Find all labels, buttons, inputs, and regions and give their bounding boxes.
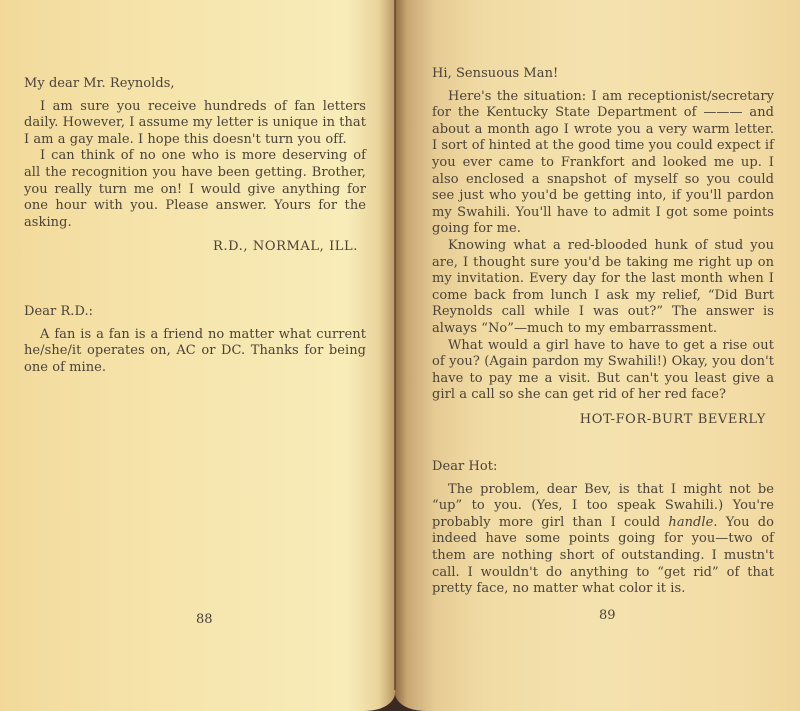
page-number-left: 88: [196, 612, 213, 627]
reply-to-rd: Dear R.D.: A fan is a fan is a friend no…: [24, 304, 366, 376]
reply-text-italic: handle: [668, 515, 713, 530]
book-spread: My dear Mr. Reynolds, I am sure you rece…: [0, 0, 800, 711]
page-number-right: 89: [599, 608, 616, 623]
fan-letter-beverly: Hi, Sensuous Man! Here's the situation: …: [432, 66, 774, 428]
letter-paragraph: Here's the situation: I am receptionist/…: [432, 89, 774, 238]
reply-paragraph: A fan is a fan is a friend no matter wha…: [24, 327, 366, 377]
book-gutter: [394, 0, 396, 690]
letter-signature: R.D., NORMAL, ILL.: [24, 239, 366, 256]
left-page: My dear Mr. Reynolds, I am sure you rece…: [0, 0, 395, 711]
reply-salutation: Dear R.D.:: [24, 304, 366, 321]
letter-salutation: My dear Mr. Reynolds,: [24, 76, 366, 93]
right-page: Hi, Sensuous Man! Here's the situation: …: [395, 0, 800, 711]
letter-signature: HOT-FOR-BURT BEVERLY: [432, 412, 774, 429]
letter-paragraph: I am sure you receive hundreds of fan le…: [24, 99, 366, 149]
letter-salutation: Hi, Sensuous Man!: [432, 66, 774, 83]
fan-letter-rd: My dear Mr. Reynolds, I am sure you rece…: [24, 76, 366, 256]
letter-paragraph: Knowing what a red-blooded hunk of stud …: [432, 238, 774, 338]
letter-paragraph: What would a girl have to have to get a …: [432, 338, 774, 404]
reply-to-hot: Dear Hot: The problem, dear Bev, is that…: [432, 459, 774, 598]
letter-paragraph: I can think of no one who is more deserv…: [24, 148, 366, 231]
reply-paragraph: The problem, dear Bev, is that I might n…: [432, 482, 774, 598]
reply-salutation: Dear Hot:: [432, 459, 774, 476]
